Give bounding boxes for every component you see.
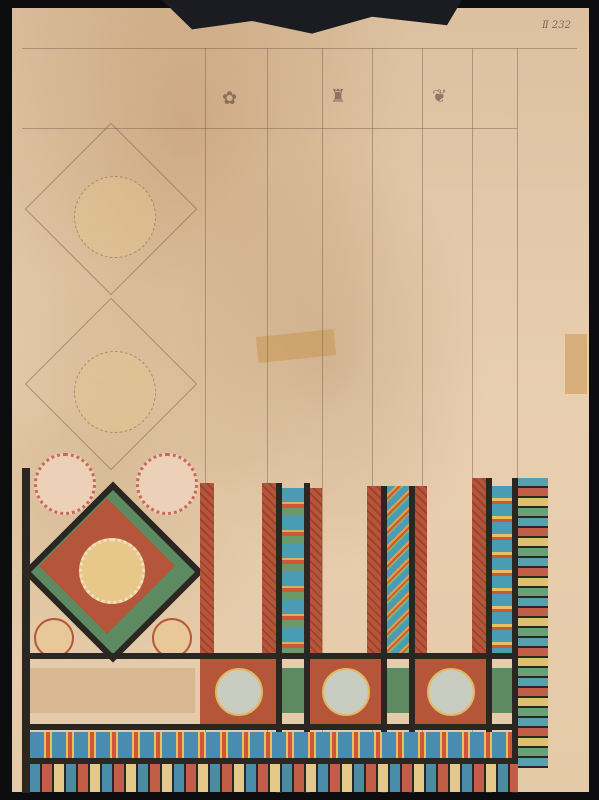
small-roundel [34,618,74,658]
guide-line [322,48,323,748]
torn-edge [162,0,462,42]
ornament-band [262,483,276,653]
square-key-band [282,488,304,653]
corner-roundel [136,453,198,515]
side-fringe [518,478,548,768]
frame-rule [22,724,518,730]
sketch-castle: ♜ [330,86,346,107]
green-tile [282,668,304,713]
ornament-band [472,478,486,653]
corner-roundel [34,453,96,515]
stained-panel [30,668,195,713]
green-tile [387,668,409,713]
lattice-circle [74,351,156,433]
paper-sheet: Ⅱ 232 ✿ ♜ ❦ [12,8,589,792]
sketch-floral: ❦ [432,86,447,107]
zigzag-band [387,486,409,653]
ornament-band [367,486,381,653]
sketch-flourish: ✿ [222,88,237,109]
green-tile [492,668,512,713]
tile-medallion [322,668,370,716]
diamond-center [79,538,145,604]
catalog-mark: Ⅱ 232 [542,20,571,31]
t-meander-band [492,486,512,653]
ornament-band [415,486,427,653]
t-meander-border [30,732,512,758]
tile-medallion [427,668,475,716]
frame-left [22,468,30,793]
guide-line [22,128,517,129]
small-roundel [152,618,192,658]
ornament-band [310,488,322,653]
lattice-circle [74,176,156,258]
guide-line [22,48,577,49]
bottom-fringe [30,764,518,792]
tape-strip [565,334,587,394]
tile-medallion [215,668,263,716]
ornament-band [200,483,214,653]
